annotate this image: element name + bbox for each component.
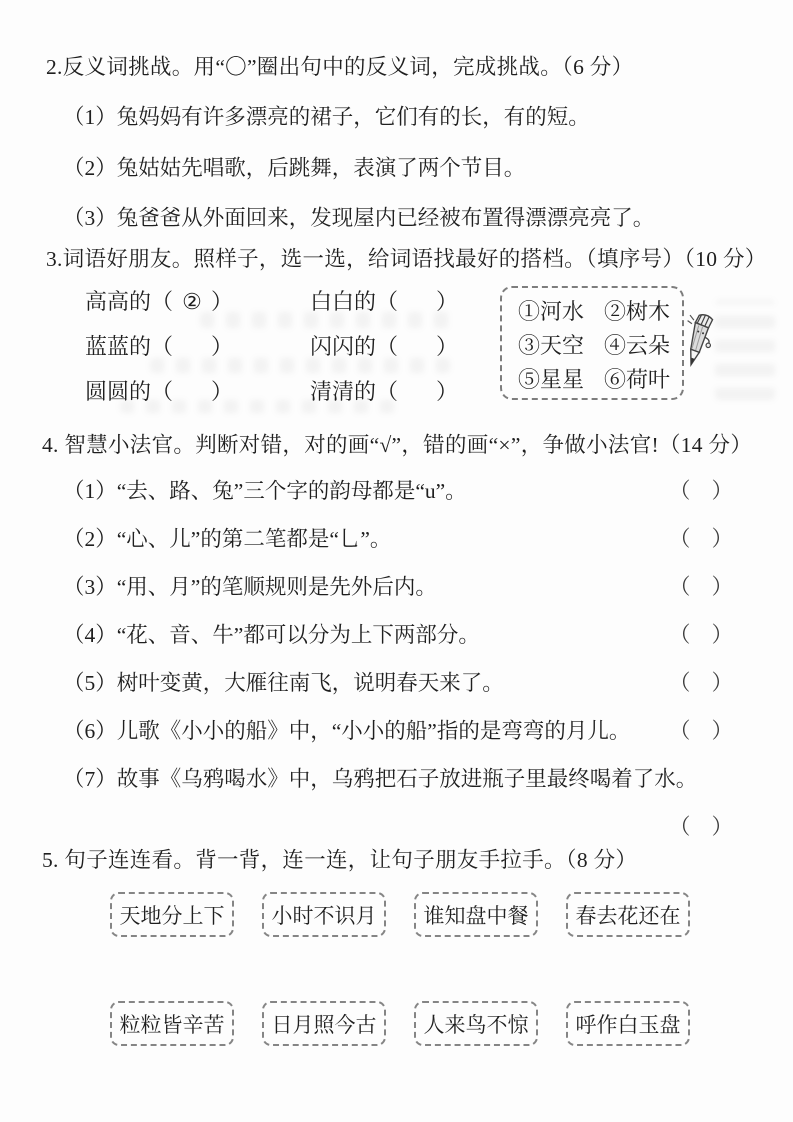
- paren-close: ）: [436, 334, 458, 359]
- sentence-card: 粒粒皆辛苦: [110, 1001, 234, 1046]
- statement-text: （4）“花、音、牛”都可以分为上下两部分。: [63, 620, 480, 650]
- paren-open: （: [669, 572, 691, 602]
- sentence-card: 日月照今古: [262, 1001, 386, 1046]
- answer-slot: （）: [669, 668, 733, 698]
- paren-close: ）: [711, 812, 733, 842]
- answer-slot: （）: [669, 572, 733, 602]
- q4-item-1: （1）“去、路、兔”三个字的韵母都是“u”。 （）: [63, 476, 733, 506]
- paren-close: ）: [211, 334, 233, 359]
- option-6: ⑥荷叶: [604, 363, 690, 397]
- answer-slot: （）: [669, 524, 733, 554]
- paren-close: ）: [211, 379, 233, 404]
- option-1: ①河水: [518, 295, 604, 329]
- q4-item-7-answer-row: （）: [63, 812, 733, 842]
- paren-open: （: [376, 334, 398, 359]
- statement-text: （6）儿歌《小小的船》中，“小小的船”指的是弯弯的月儿。: [63, 716, 630, 746]
- blank-label: 白白的: [310, 289, 376, 314]
- statement-text: （5）树叶变黄，大雁往南飞，说明春天来了。: [63, 668, 504, 698]
- sentence-card: 春去花还在: [566, 892, 690, 937]
- paren-open: （: [376, 379, 398, 404]
- q2-item-2: （2）兔姑姑先唱歌，后跳舞，表演了两个节目。: [63, 153, 525, 183]
- paren-close: ）: [711, 668, 733, 698]
- blank-label: 蓝蓝的: [85, 334, 151, 359]
- option-2: ②树木: [604, 295, 690, 329]
- sentence-card: 谁知盘中餐: [414, 892, 538, 937]
- statement-text: （7）故事《乌鸦喝水》中，乌鸦把石子放进瓶子里最终喝着了水。: [63, 764, 697, 794]
- sentence-card: 小时不识月: [262, 892, 386, 937]
- paren-open: （: [669, 476, 691, 506]
- paren-close: ）: [436, 379, 458, 404]
- blank-label: 圆圆的: [85, 379, 151, 404]
- q3-options-box: ①河水 ②树木 ③天空 ④云朵 ⑤星星 ⑥荷叶: [500, 286, 684, 400]
- option-5: ⑤星星: [518, 363, 604, 397]
- q3-blank-grid: 高高的（②） 白白的（） 蓝蓝的（） 闪闪的（） 圆圆的（） 清清的（）: [85, 286, 535, 408]
- paren-close: ）: [436, 289, 458, 314]
- q4-item-7: （7）故事《乌鸦喝水》中，乌鸦把石子放进瓶子里最终喝着了水。: [63, 764, 733, 794]
- q4-item-5: （5）树叶变黄，大雁往南飞，说明春天来了。 （）: [63, 668, 733, 698]
- q5-card-row-top: 天地分上下 小时不识月 谁知盘中餐 春去花还在: [110, 892, 690, 937]
- q4-item-2: （2）“心、儿”的第二笔都是“乚”。 （）: [63, 524, 733, 554]
- paren-close: ）: [711, 620, 733, 650]
- paren-close: ）: [711, 716, 733, 746]
- blank-answer: ②: [173, 286, 211, 318]
- paren-close: ）: [211, 289, 233, 314]
- q3-blank-gaogaode: 高高的（②）: [85, 286, 310, 318]
- worksheet-page: 2.反义词挑战。用“〇”圈出句中的反义词，完成挑战。（6 分） （1）兔妈妈有许…: [0, 0, 793, 1122]
- q3-blank-yuanyuande: 圆圆的（）: [85, 376, 310, 408]
- statement-text: （2）“心、儿”的第二笔都是“乚”。: [63, 524, 391, 554]
- q2-item-3: （3）兔爸爸从外面回来，发现屋内已经被布置得漂漂亮亮了。: [63, 203, 654, 233]
- answer-slot: （）: [669, 716, 733, 746]
- q5-card-row-bottom: 粒粒皆辛苦 日月照今古 人来鸟不惊 呼作白玉盘: [110, 1001, 690, 1046]
- paren-close: ）: [711, 476, 733, 506]
- q3-blank-lanlande: 蓝蓝的（）: [85, 331, 310, 363]
- q4-item-4: （4）“花、音、牛”都可以分为上下两部分。 （）: [63, 620, 733, 650]
- statement-text: （1）“去、路、兔”三个字的韵母都是“u”。: [63, 476, 467, 506]
- q2-title: 2.反义词挑战。用“〇”圈出句中的反义词，完成挑战。（6 分）: [46, 52, 633, 82]
- q4-judge-list: （1）“去、路、兔”三个字的韵母都是“u”。 （） （2）“心、儿”的第二笔都是…: [63, 476, 733, 860]
- paren-open: （: [151, 289, 173, 314]
- q4-title: 4. 智慧小法官。判断对错，对的画“√”，错的画“×”，争做小法官!（14 分）: [42, 430, 752, 460]
- answer-slot: （）: [669, 620, 733, 650]
- paren-open: （: [151, 379, 173, 404]
- paren-open: （: [151, 334, 173, 359]
- sentence-card: 呼作白玉盘: [566, 1001, 690, 1046]
- blank-label: 闪闪的: [310, 334, 376, 359]
- paren-open: （: [669, 620, 691, 650]
- paren-close: ）: [711, 524, 733, 554]
- paren-open: （: [669, 524, 691, 554]
- paren-close: ）: [711, 572, 733, 602]
- blank-label: 清清的: [310, 379, 376, 404]
- paren-open: （: [669, 668, 691, 698]
- q2-item-1: （1）兔妈妈有许多漂亮的裙子，它们有的长，有的短。: [63, 102, 590, 132]
- sentence-card: 天地分上下: [110, 892, 234, 937]
- bleedthrough-smudge: [715, 300, 775, 400]
- paren-open: （: [669, 812, 691, 842]
- blank-label: 高高的: [85, 289, 151, 314]
- q5-title: 5. 句子连连看。背一背，连一连，让句子朋友手拉手。（8 分）: [42, 845, 637, 875]
- q4-item-3: （3）“用、月”的笔顺规则是先外后内。 （）: [63, 572, 733, 602]
- answer-slot: （）: [669, 812, 733, 842]
- paren-open: （: [669, 716, 691, 746]
- statement-text: （3）“用、月”的笔顺规则是先外后内。: [63, 572, 437, 602]
- q4-item-6: （6）儿歌《小小的船》中，“小小的船”指的是弯弯的月儿。 （）: [63, 716, 733, 746]
- sentence-card: 人来鸟不惊: [414, 1001, 538, 1046]
- paren-open: （: [376, 289, 398, 314]
- option-3: ③天空: [518, 329, 604, 363]
- q3-title: 3.词语好朋友。照样子，选一选，给词语找最好的搭档。（填序号）（10 分）: [46, 244, 767, 274]
- answer-slot: （）: [669, 476, 733, 506]
